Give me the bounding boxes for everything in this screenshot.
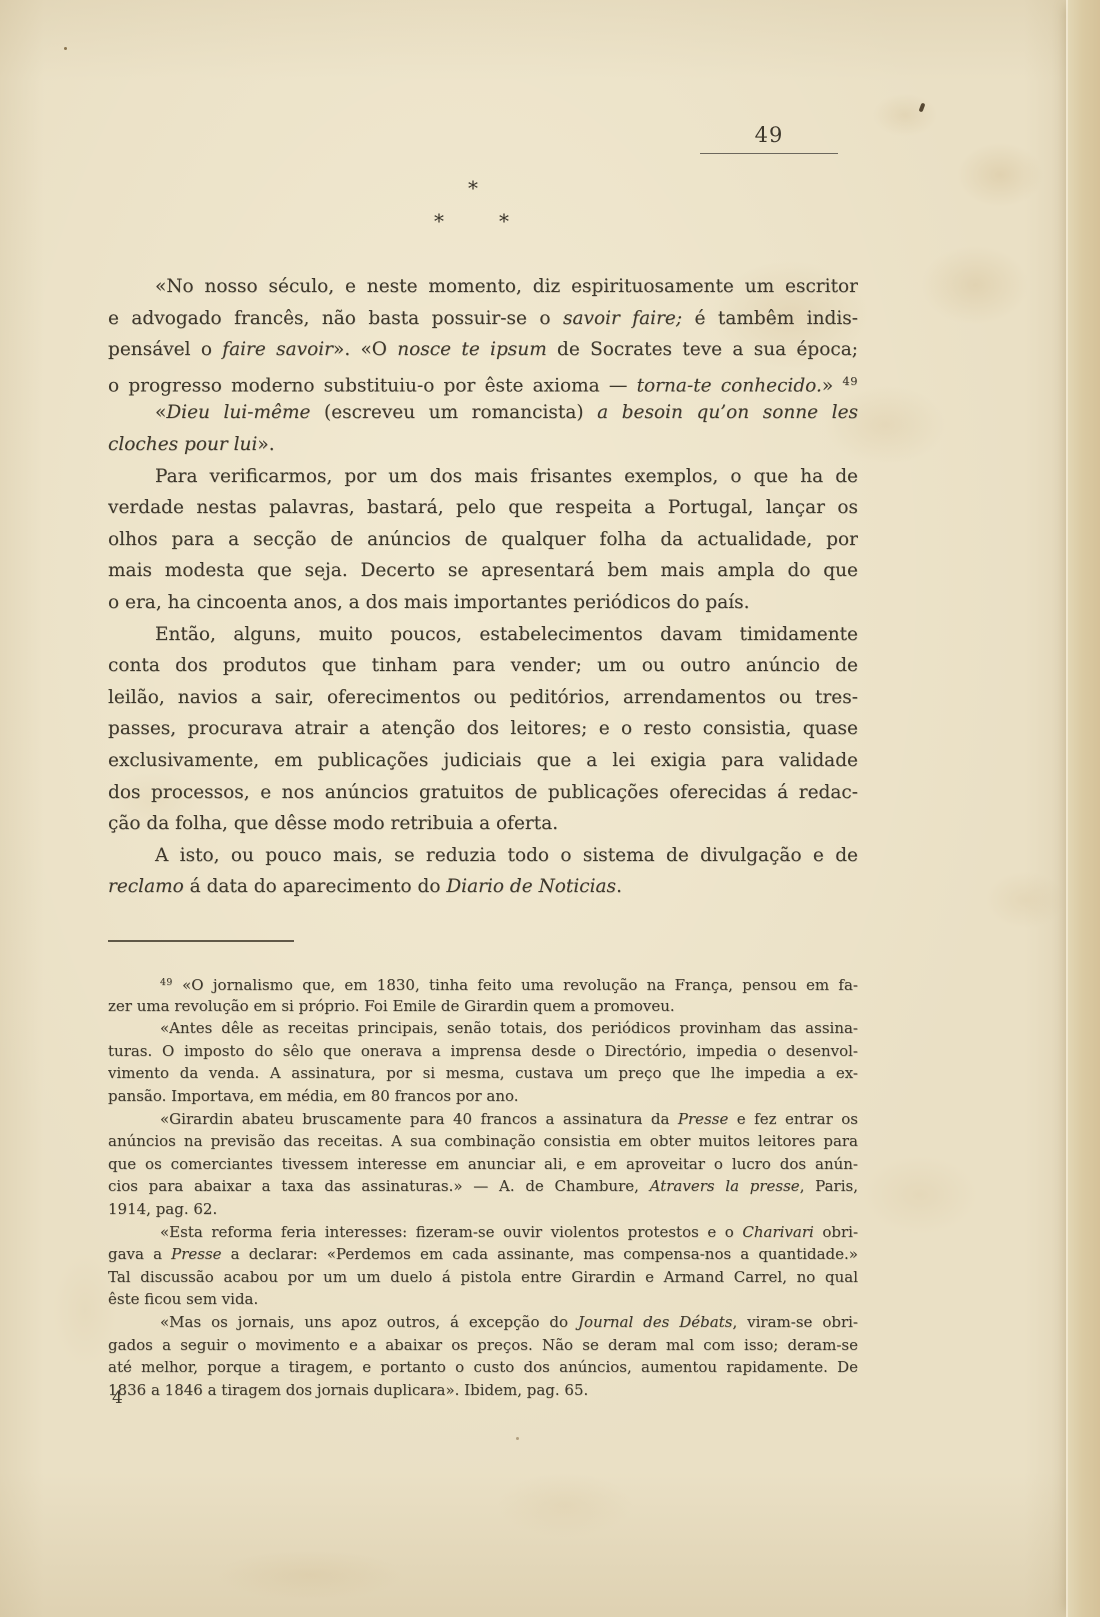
text-line: 49 «O jornalismo que, em 1830, tinha fei… <box>108 972 858 995</box>
text-segment: turas. O imposto do sêlo que onerava a i… <box>108 1042 858 1060</box>
text-line: 1914, pag. 62. <box>108 1198 858 1221</box>
text-line: Então, alguns, muito poucos, estabelecim… <box>108 619 858 651</box>
text-segment: «Antes dêle as receitas principais, senã… <box>160 1019 858 1037</box>
text-line: «Mas os jornais, uns apoz outros, á exce… <box>108 1311 858 1334</box>
text-segment: «No nosso século, e neste momento, diz e… <box>155 276 858 297</box>
page-number-rule <box>700 153 838 154</box>
footnote-text: 49 «O jornalismo que, em 1830, tinha fei… <box>108 972 858 1401</box>
text-segment: ». «O <box>333 339 397 360</box>
text-segment: conta dos produtos que tinham para vende… <box>108 655 858 676</box>
text-segment: anúncios na previsão das receitas. A sua… <box>108 1132 858 1150</box>
text-line: e advogado francês, não basta possuir-se… <box>108 303 858 335</box>
text-line: «Girardin abateu bruscamente para 40 fra… <box>108 1108 858 1131</box>
text-line: cios para abaixar a taxa das assinaturas… <box>108 1175 858 1198</box>
text-segment: Então, alguns, muito poucos, estabelecim… <box>155 624 858 645</box>
text-segment: o progresso moderno substituiu-o por êst… <box>108 375 637 396</box>
text-segment: gados a seguir o movimento e a abaixar o… <box>108 1336 858 1354</box>
text-segment: gava a <box>108 1245 171 1263</box>
text-line: olhos para a secção de anúncios de qualq… <box>108 524 858 556</box>
text-segment: olhos para a secção de anúncios de qualq… <box>108 529 858 550</box>
text-line: exclusivamente, em publicações judiciais… <box>108 745 858 777</box>
text-line: o era, ha cincoenta anos, a dos mais imp… <box>108 587 858 619</box>
text-segment: Presse <box>678 1110 728 1128</box>
text-segment: a besoin qu’on sonne les <box>597 402 858 423</box>
text-segment: reclamo <box>108 876 184 897</box>
text-segment: «Girardin abateu bruscamente para 40 fra… <box>160 1110 678 1128</box>
text-segment: . <box>616 876 622 897</box>
text-segment: dos processos, e nos anúncios gratuitos … <box>108 782 858 803</box>
text-segment: savoir faire; <box>563 308 682 329</box>
text-segment: leilão, navios a sair, oferecimentos ou … <box>108 687 858 708</box>
footnote-reference: 49 <box>160 977 173 988</box>
text-segment: vimento da venda. A assinatura, por si m… <box>108 1064 858 1082</box>
text-line: gava a Presse a declarar: «Perdemos em c… <box>108 1243 858 1266</box>
ink-fleck <box>919 103 926 113</box>
text-line: dos processos, e nos anúncios gratuitos … <box>108 777 858 809</box>
body-text: «No nosso século, e neste momento, diz e… <box>108 271 858 903</box>
paper-speck <box>64 47 67 50</box>
text-line: reclamo á data do aparecimento do Diario… <box>108 871 858 903</box>
text-line: turas. O imposto do sêlo que onerava a i… <box>108 1040 858 1063</box>
footnote-separator-rule <box>108 940 294 942</box>
footnote-reference: 49 <box>842 374 858 388</box>
stain <box>900 230 1050 340</box>
stain <box>860 85 950 145</box>
ornament-asterisk: * <box>468 176 478 200</box>
text-segment: Tal discussão acabou por um um duelo á p… <box>108 1268 858 1286</box>
text-segment: Dieu lui-même <box>166 402 310 423</box>
text-line: pensável o faire savoir». «O nosce te ip… <box>108 334 858 366</box>
text-line: «Dieu lui-même (escreveu um romancista) … <box>108 397 858 429</box>
text-segment: Charivari <box>742 1223 813 1241</box>
signature-mark: 4 <box>112 1388 123 1408</box>
text-line: conta dos produtos que tinham para vende… <box>108 650 858 682</box>
text-segment: cloches pour lui <box>108 434 257 455</box>
page-edge <box>1068 0 1100 1617</box>
stain <box>970 860 1080 940</box>
text-line: cloches pour lui». <box>108 429 858 461</box>
text-line: vimento da venda. A assinatura, por si m… <box>108 1062 858 1085</box>
text-segment: zer uma revolução em si próprio. Foi Emi… <box>108 997 675 1015</box>
text-line: mais modesta que seja. Decerto se aprese… <box>108 555 858 587</box>
text-segment: exclusivamente, em publicações judiciais… <box>108 750 858 771</box>
text-segment: torna-te conhecido. <box>637 375 822 396</box>
stain <box>470 1460 660 1550</box>
ornament-asterisk: * <box>499 209 509 233</box>
text-line: «Esta reforma feria interesses: fizeram-… <box>108 1221 858 1244</box>
text-segment: , viram-se obri- <box>732 1313 858 1331</box>
text-line: até melhor, porque a tiragem, e portanto… <box>108 1356 858 1379</box>
text-segment: faire savoir <box>222 339 333 360</box>
text-segment: Atravers la presse <box>650 1177 800 1195</box>
text-segment: cios para abaixar a taxa das assinaturas… <box>108 1177 650 1195</box>
stain <box>180 1540 440 1610</box>
text-segment: » <box>822 375 843 396</box>
text-segment: A isto, ou pouco mais, se reduzia todo o… <box>155 845 858 866</box>
page-edge-shadow <box>1024 0 1068 1617</box>
text-line: gados a seguir o movimento e a abaixar o… <box>108 1334 858 1357</box>
text-segment: êste ficou sem vida. <box>108 1290 258 1308</box>
text-line: Para verificarmos, por um dos mais frisa… <box>108 461 858 493</box>
text-line: «No nosso século, e neste momento, diz e… <box>108 271 858 303</box>
text-segment: Journal des Débats <box>578 1313 732 1331</box>
text-segment: pensável o <box>108 339 222 360</box>
text-segment: de Socrates teve a sua época; <box>547 339 858 360</box>
text-segment: «O jornalismo que, em 1830, tinha feito … <box>173 976 858 994</box>
text-segment: e advogado francês, não basta possuir-se… <box>108 308 563 329</box>
text-line: Tal discussão acabou por um um duelo á p… <box>108 1266 858 1289</box>
paper-speck <box>516 1437 519 1440</box>
text-line: o progresso moderno substituiu-o por êst… <box>108 366 858 398</box>
text-segment: Presse <box>171 1245 221 1263</box>
text-segment: ção da folha, que dêsse modo retribuia a… <box>108 813 558 834</box>
text-line: «Antes dêle as receitas principais, senã… <box>108 1017 858 1040</box>
text-segment: nosce te ipsum <box>397 339 547 360</box>
text-segment: , Paris, <box>800 1177 858 1195</box>
text-line: zer uma revolução em si próprio. Foi Emi… <box>108 995 858 1018</box>
ornament-asterisk: * <box>434 209 444 233</box>
text-line: que os comerciantes tivessem interesse e… <box>108 1153 858 1176</box>
page-number: 49 <box>700 123 838 147</box>
text-segment: 1914, pag. 62. <box>108 1200 217 1218</box>
text-segment: pansão. Importava, em média, em 80 franc… <box>108 1087 519 1105</box>
text-segment: ». <box>257 434 274 455</box>
text-segment: até melhor, porque a tiragem, e portanto… <box>108 1358 858 1376</box>
text-segment: o era, ha cincoenta anos, a dos mais imp… <box>108 592 750 613</box>
text-line: ção da folha, que dêsse modo retribuia a… <box>108 808 858 840</box>
text-line: êste ficou sem vida. <box>108 1288 858 1311</box>
text-segment: Para verificarmos, por um dos mais frisa… <box>155 466 858 487</box>
stain <box>840 1140 1000 1250</box>
text-line: pansão. Importava, em média, em 80 franc… <box>108 1085 858 1108</box>
stain <box>940 130 1060 220</box>
text-segment: obri- <box>814 1223 858 1241</box>
text-segment: verdade nestas palavras, bastará, pelo q… <box>108 497 858 518</box>
text-line: 1836 a 1846 a tiragem dos jornais duplic… <box>108 1379 858 1402</box>
text-segment: que os comerciantes tivessem interesse e… <box>108 1155 858 1173</box>
text-segment: mais modesta que seja. Decerto se aprese… <box>108 560 858 581</box>
text-segment: passes, procurava atrair a atenção dos l… <box>108 718 858 739</box>
text-segment: e fez entrar os <box>728 1110 858 1128</box>
scanned-book-page: 49 * * * «No nosso século, e neste momen… <box>0 0 1100 1617</box>
text-segment: 1836 a 1846 a tiragem dos jornais duplic… <box>108 1381 588 1399</box>
text-line: verdade nestas palavras, bastará, pelo q… <box>108 492 858 524</box>
text-line: leilão, navios a sair, oferecimentos ou … <box>108 682 858 714</box>
text-segment: Diario de Noticias <box>446 876 616 897</box>
text-line: anúncios na previsão das receitas. A sua… <box>108 1130 858 1153</box>
text-segment: (escreveu um romancista) <box>310 402 597 423</box>
text-segment: a declarar: «Perdemos em cada assinante,… <box>222 1245 858 1263</box>
text-segment: é tambêm indis- <box>682 308 858 329</box>
text-segment: «Esta reforma feria interesses: fizeram-… <box>160 1223 742 1241</box>
text-segment: «Mas os jornais, uns apoz outros, á exce… <box>160 1313 578 1331</box>
text-segment: « <box>155 402 166 423</box>
text-line: passes, procurava atrair a atenção dos l… <box>108 713 858 745</box>
text-line: A isto, ou pouco mais, se reduzia todo o… <box>108 840 858 872</box>
text-segment: á data do aparecimento do <box>184 876 447 897</box>
